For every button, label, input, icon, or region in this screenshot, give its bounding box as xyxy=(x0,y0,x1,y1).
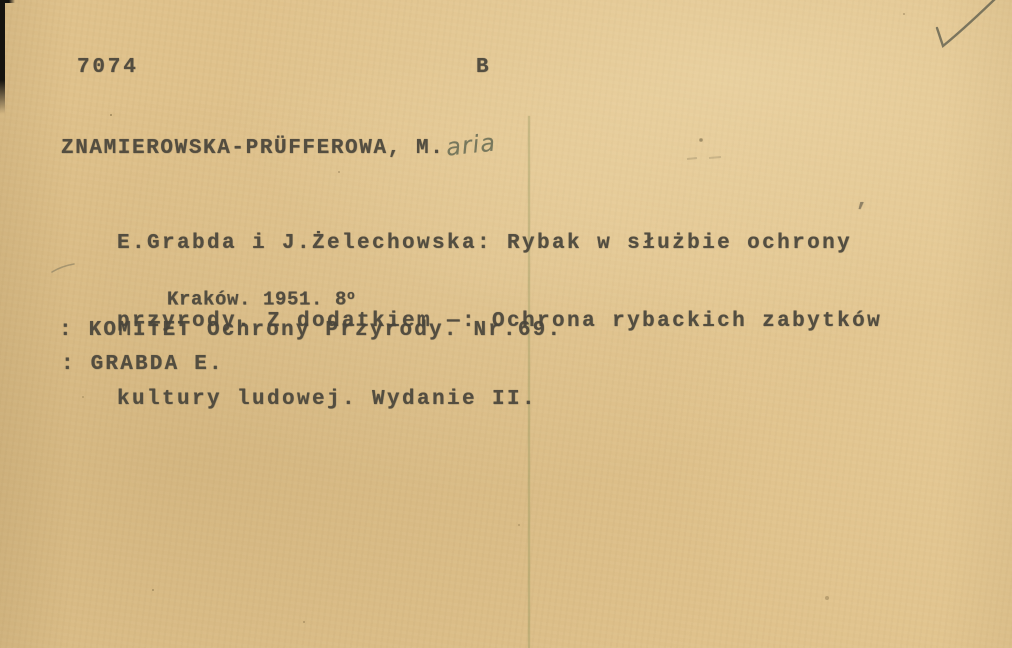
faint-smudge-marks xyxy=(675,133,745,169)
heading-author: ZNAMIEROWSKA-PRÜFFEROWA, M. xyxy=(61,137,444,160)
body-line-3: kultury ludowej. Wydanie II. xyxy=(117,387,882,413)
stray-ink-mark: , xyxy=(856,189,869,212)
pencil-checkmark-icon xyxy=(920,0,1012,60)
cross-reference-series: : KOMITET Ochrony Przyrody. Nr.69. xyxy=(59,319,562,342)
pencil-dash-icon xyxy=(48,258,88,280)
scan-edge-top xyxy=(0,0,15,3)
section-letter: B xyxy=(476,56,490,79)
format-superscript: o xyxy=(347,288,355,303)
catalog-card: 7074 B ZNAMIEROWSKA-PRÜFFEROWA, M. aria … xyxy=(0,0,1012,648)
paper-specks xyxy=(110,114,112,116)
cross-reference-author: : GRABDA E. xyxy=(61,353,224,376)
scan-edge-left xyxy=(0,0,5,114)
imprint-text: Kraków. 1951. 8 xyxy=(167,288,347,310)
card-id-number: 7074 xyxy=(77,56,139,79)
handwritten-name-completion: aria xyxy=(445,128,498,161)
body-line-1: E.Grabda i J.Żelechowska: Rybak w służbi… xyxy=(117,231,882,257)
